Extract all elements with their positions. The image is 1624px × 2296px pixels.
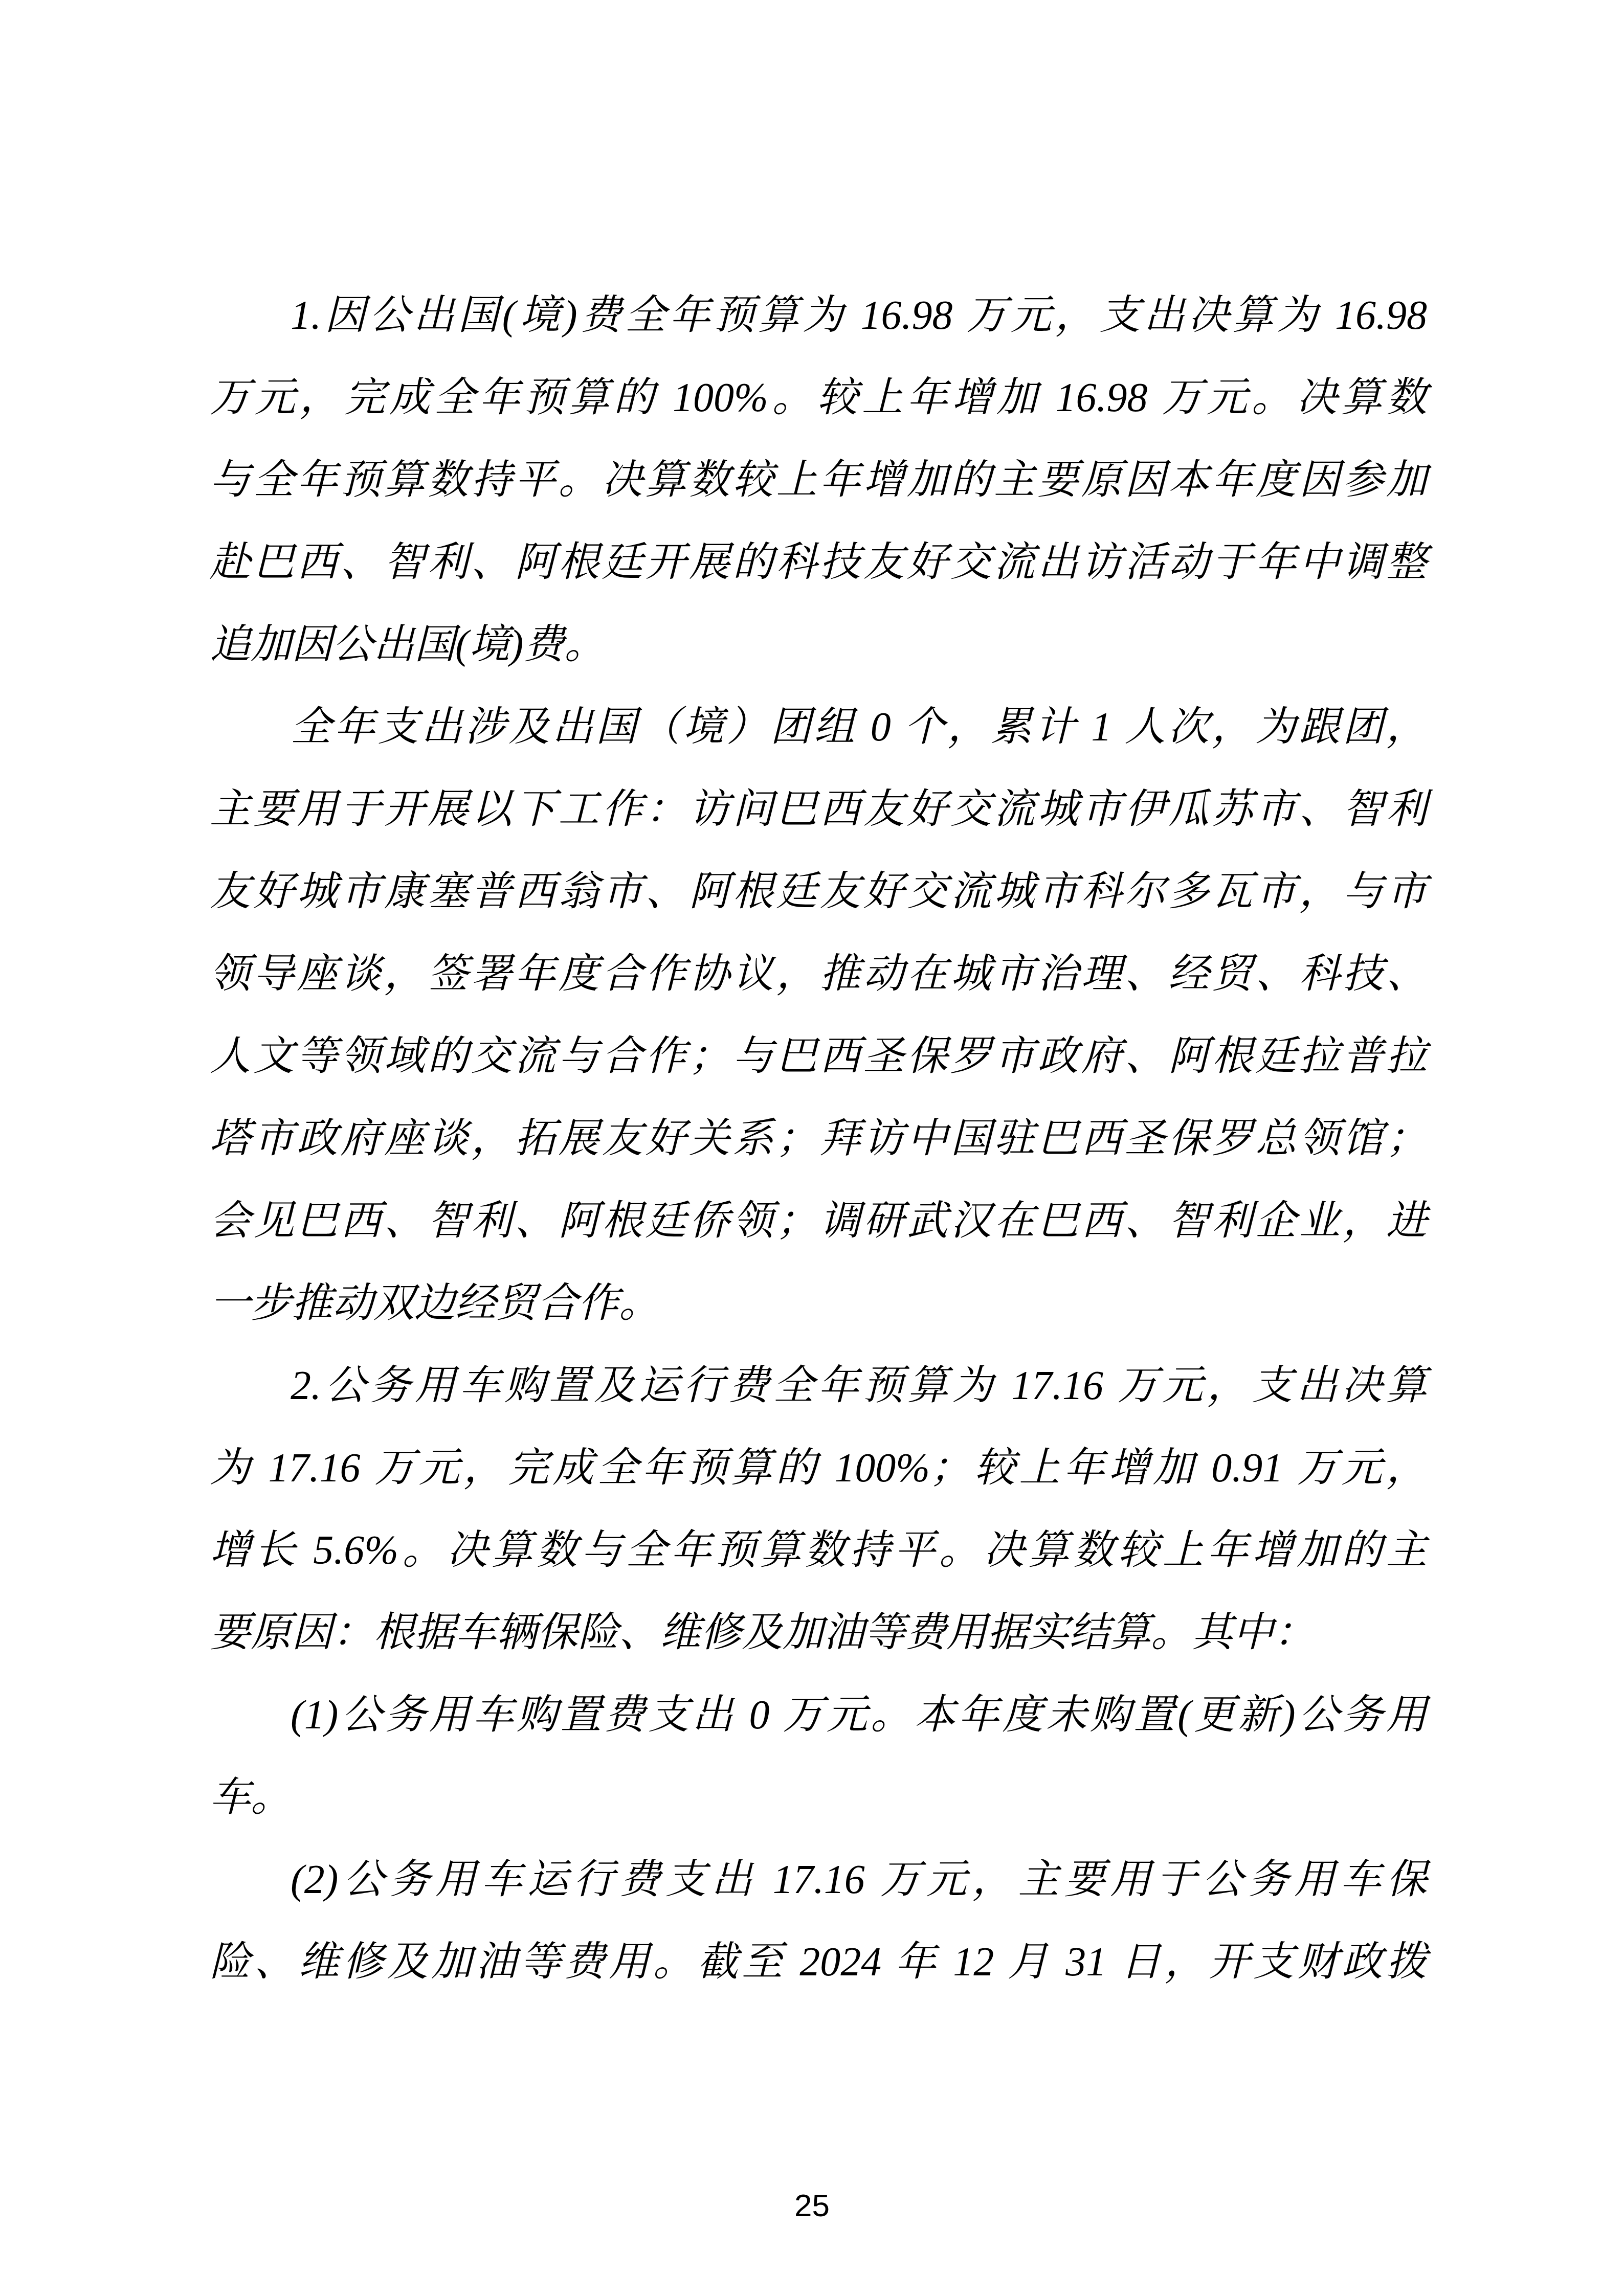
- text-line: 增长 5.6%。决算数与全年预算数持平。决算数较上年增加的主: [210, 1510, 1427, 1592]
- text-line: 2.公务用车购置及运行费全年预算为 17.16 万元，支出决算: [210, 1345, 1427, 1427]
- text-line: 险、维修及加油等费用。截至 2024 年 12 月 31 日，开支财政拨: [210, 1921, 1427, 2004]
- text-line: 全年支出涉及出国（境）团组 0 个，累计 1 人次，为跟团，: [210, 686, 1427, 769]
- page-number: 25: [0, 2190, 1624, 2222]
- text-line: 1.因公出国(境)费全年预算为 16.98 万元，支出决算为 16.98: [210, 275, 1427, 357]
- document-body: 1.因公出国(境)费全年预算为 16.98 万元，支出决算为 16.98万元，完…: [210, 275, 1427, 2004]
- text-line: 领导座谈，签署年度合作协议，推动在城市治理、经贸、科技、: [210, 933, 1427, 1016]
- text-line: 与全年预算数持平。决算数较上年增加的主要原因本年度因参加: [210, 439, 1427, 522]
- text-line: 主要用于开展以下工作：访问巴西友好交流城市伊瓜苏市、智利: [210, 769, 1427, 851]
- text-line: 塔市政府座谈，拓展友好关系；拜访中国驻巴西圣保罗总领馆；: [210, 1098, 1427, 1180]
- text-line: 要原因：根据车辆保险、维修及加油等费用据实结算。其中：: [210, 1592, 1427, 1674]
- text-line: (2)公务用车运行费支出 17.16 万元，主要用于公务用车保: [210, 1839, 1427, 1921]
- text-line: 一步推动双边经贸合作。: [210, 1263, 1427, 1345]
- text-line: 人文等领域的交流与合作；与巴西圣保罗市政府、阿根廷拉普拉: [210, 1016, 1427, 1098]
- text-line: (1)公务用车购置费支出 0 万元。本年度未购置(更新)公务用: [210, 1674, 1427, 1757]
- text-line: 友好城市康塞普西翁市、阿根廷友好交流城市科尔多瓦市，与市: [210, 851, 1427, 933]
- text-line: 追加因公出国(境)费。: [210, 604, 1427, 686]
- text-line: 赴巴西、智利、阿根廷开展的科技友好交流出访活动于年中调整: [210, 522, 1427, 604]
- text-line: 为 17.16 万元，完成全年预算的 100%；较上年增加 0.91 万元，: [210, 1427, 1427, 1510]
- text-line: 万元，完成全年预算的 100%。较上年增加 16.98 万元。决算数: [210, 357, 1427, 439]
- text-line: 车。: [210, 1757, 1427, 1839]
- text-line: 会见巴西、智利、阿根廷侨领；调研武汉在巴西、智利企业，进: [210, 1180, 1427, 1263]
- document-page: 1.因公出国(境)费全年预算为 16.98 万元，支出决算为 16.98万元，完…: [0, 0, 1624, 2296]
